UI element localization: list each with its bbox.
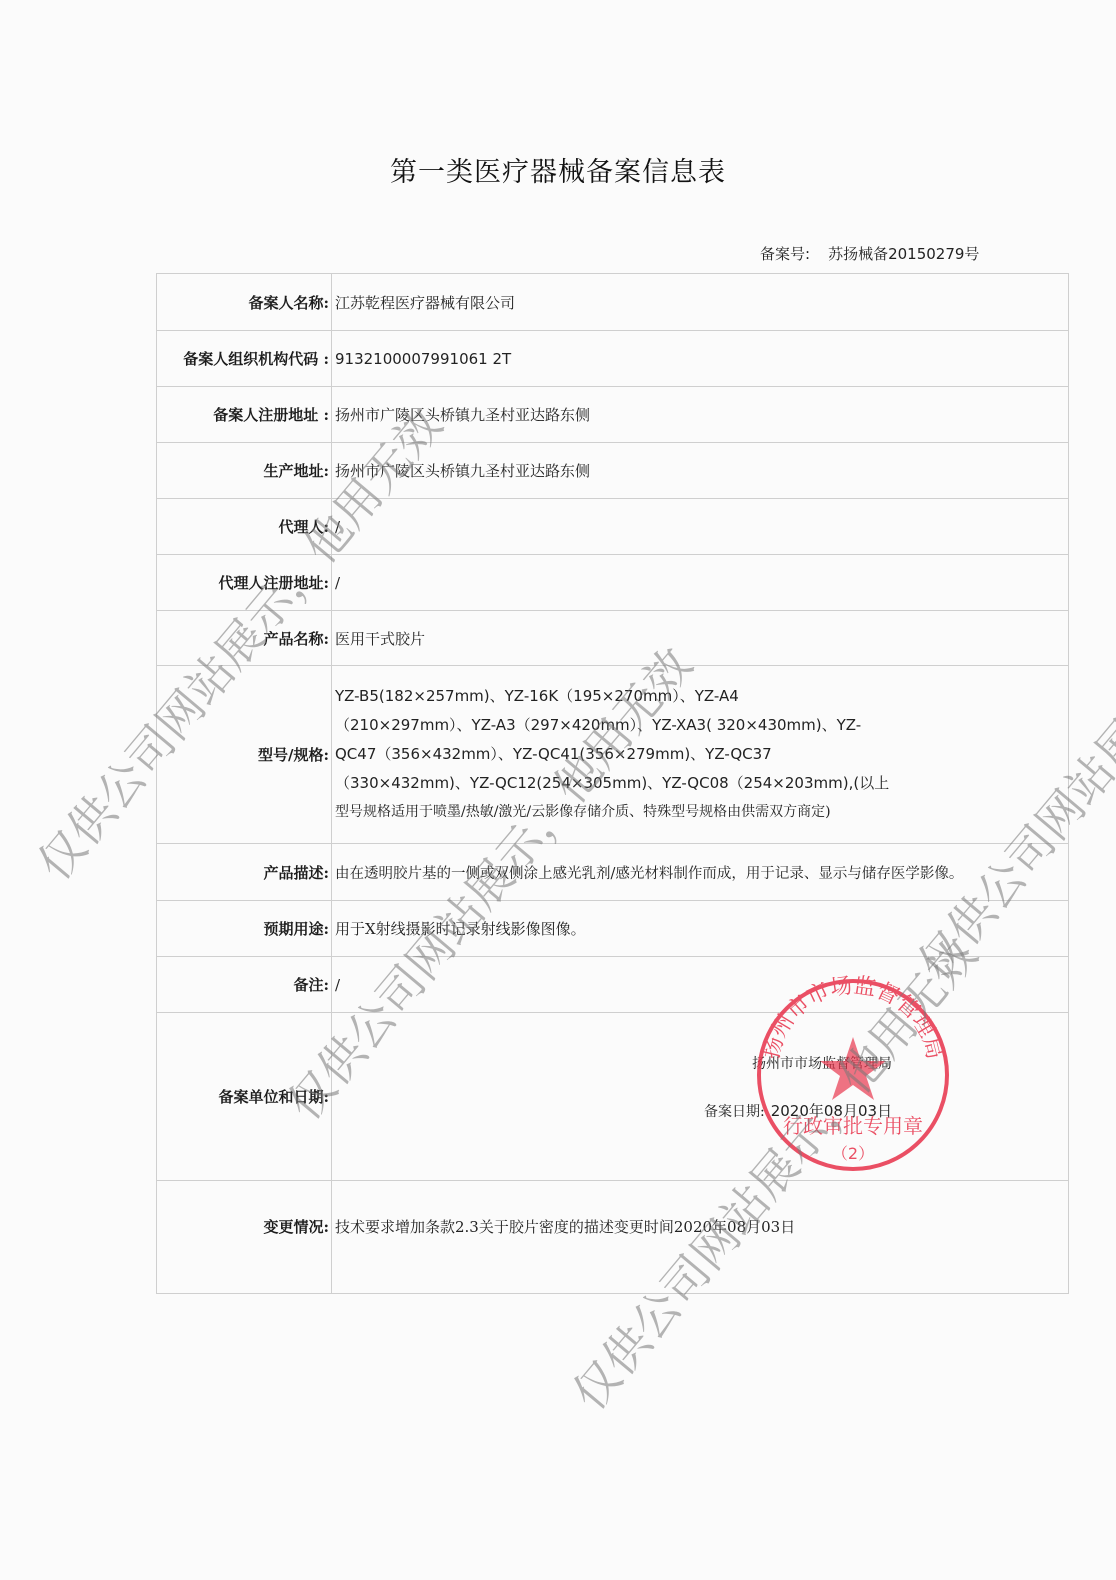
filer-name-label: 备案人名称:	[157, 274, 332, 331]
filing-unit-value: 扬州市市场监督管理局 备案日期:2020年08月03日	[332, 1013, 1069, 1181]
table-row: 预期用途: 用于X射线摄影时记录射线影像图像。	[157, 901, 1069, 957]
production-address-label: 生产地址:	[157, 443, 332, 499]
filing-date: 备案日期:2020年08月03日	[704, 1100, 892, 1121]
agent-label: 代理人:	[157, 499, 332, 555]
document-title: 第一类医疗器械备案信息表	[0, 150, 1116, 189]
table-row: 备案人组织机构代码 : 9132100007991061 2T	[157, 331, 1069, 387]
model-line: YZ-B5(182×257mm)、YZ-16K（195×270mm）、YZ-A4	[335, 682, 1068, 711]
product-name-label: 产品名称:	[157, 611, 332, 666]
changes-value: 技术要求增加条款2.3关于胶片密度的描述变更时间2020年08月03日	[332, 1181, 1069, 1294]
agent-value: /	[332, 499, 1069, 555]
table-row: 产品描述: 由在透明胶片基的一侧或双侧涂上感光乳剂/感光材料制作而成，用于记录、…	[157, 844, 1069, 901]
table-row: 生产地址: 扬州市广陵区头桥镇九圣村亚达路东侧	[157, 443, 1069, 499]
record-number: 备案号:苏扬械备20150279号	[760, 243, 979, 264]
org-code-label: 备案人组织机构代码 :	[157, 331, 332, 387]
org-code-value: 9132100007991061 2T	[332, 331, 1069, 387]
filing-date-label: 备案日期:	[704, 1104, 765, 1120]
model-line: （330×432mm)、YZ-QC12(254×305mm)、YZ-QC08（2…	[335, 769, 1068, 798]
filing-unit-label: 备案单位和日期:	[157, 1013, 332, 1181]
table-row: 备案人名称: 江苏乾程医疗器械有限公司	[157, 274, 1069, 331]
model-line: QC47（356×432mm）、YZ-QC41(356×279mm)、YZ-QC…	[335, 740, 1068, 769]
model-line: （210×297mm）、YZ-A3（297×420mm）、YZ-XA3( 320…	[335, 711, 1068, 740]
product-name-value: 医用干式胶片	[332, 611, 1069, 666]
filer-name-value: 江苏乾程医疗器械有限公司	[332, 274, 1069, 331]
intended-use-value: 用于X射线摄影时记录射线影像图像。	[332, 901, 1069, 957]
description-label: 产品描述:	[157, 844, 332, 901]
changes-label: 变更情况:	[157, 1181, 332, 1294]
table-row: 变更情况: 技术要求增加条款2.3关于胶片密度的描述变更时间2020年08月03…	[157, 1181, 1069, 1294]
production-address-value: 扬州市广陵区头桥镇九圣村亚达路东侧	[332, 443, 1069, 499]
model-note: 型号规格适用于喷墨/热敏/激光/云影像存储介质、特殊型号规格由供需双方商定)	[335, 798, 1068, 827]
registered-address-label: 备案人注册地址 :	[157, 387, 332, 443]
table-row: 型号/规格: YZ-B5(182×257mm)、YZ-16K（195×270mm…	[157, 666, 1069, 844]
table-row: 代理人注册地址: /	[157, 555, 1069, 611]
table-row: 代理人: /	[157, 499, 1069, 555]
filing-date-value: 2020年08月03日	[771, 1102, 892, 1120]
table-row: 产品名称: 医用干式胶片	[157, 611, 1069, 666]
filing-unit-name: 扬州市市场监督管理局	[752, 1053, 892, 1073]
record-number-value: 苏扬械备20150279号	[828, 245, 979, 263]
model-spec-value: YZ-B5(182×257mm)、YZ-16K（195×270mm）、YZ-A4…	[332, 666, 1069, 844]
record-number-label: 备案号:	[760, 245, 810, 263]
table-row: 备案人注册地址 : 扬州市广陵区头桥镇九圣村亚达路东侧	[157, 387, 1069, 443]
agent-address-label: 代理人注册地址:	[157, 555, 332, 611]
model-spec-label: 型号/规格:	[157, 666, 332, 844]
filing-info-table: 备案人名称: 江苏乾程医疗器械有限公司 备案人组织机构代码 : 91321000…	[156, 273, 1069, 1294]
registered-address-value: 扬州市广陵区头桥镇九圣村亚达路东侧	[332, 387, 1069, 443]
remarks-label: 备注:	[157, 957, 332, 1013]
table-row: 备案单位和日期: 扬州市市场监督管理局 备案日期:2020年08月03日	[157, 1013, 1069, 1181]
table-row: 备注: /	[157, 957, 1069, 1013]
intended-use-label: 预期用途:	[157, 901, 332, 957]
description-value: 由在透明胶片基的一侧或双侧涂上感光乳剂/感光材料制作而成，用于记录、显示与储存医…	[332, 844, 1069, 901]
remarks-value: /	[332, 957, 1069, 1013]
agent-address-value: /	[332, 555, 1069, 611]
